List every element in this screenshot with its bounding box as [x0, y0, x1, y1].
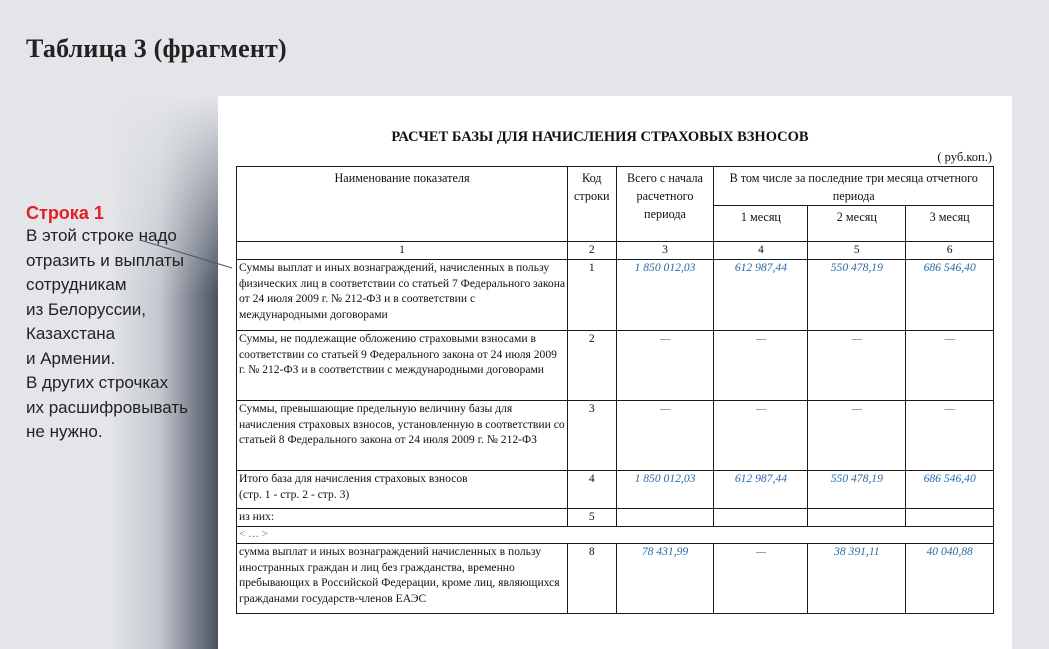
row-month-2: —: [808, 331, 906, 401]
column-number: 1: [237, 242, 568, 260]
row-month-3: 686 546,40: [906, 260, 994, 331]
row-month-1: 612 987,44: [714, 471, 808, 509]
row-month-2: 38 391,11: [808, 544, 906, 614]
header-month-2: 2 месяц: [808, 206, 906, 242]
header-month-3: 3 месяц: [906, 206, 994, 242]
column-number: 6: [906, 242, 994, 260]
annotation-note: Строка 1 В этой строке надо отразить и в…: [26, 202, 226, 445]
row-code: 3: [568, 401, 616, 471]
header-month-1: 1 месяц: [714, 206, 808, 242]
row-name: сумма выплат и иных вознаграждений начис…: [237, 544, 568, 614]
omitted-rows-marker: < … >: [237, 527, 994, 544]
header-code: Код строки: [568, 167, 616, 242]
table-row: Суммы, не подлежащие обложению страховым…: [237, 331, 994, 401]
row-month-1: [714, 509, 808, 527]
column-number: 5: [808, 242, 906, 260]
row-month-2: [808, 509, 906, 527]
table-row: Суммы, превышающие предельную величину б…: [237, 401, 994, 471]
row-total: 1 850 012,03: [616, 260, 714, 331]
row-total: —: [616, 401, 714, 471]
row-name: Суммы, не подлежащие обложению страховым…: [237, 331, 568, 401]
row-total: 1 850 012,03: [616, 471, 714, 509]
header-row: Наименование показателя Код строки Всего…: [237, 167, 994, 206]
units-label: ( руб.коп.): [900, 150, 992, 165]
annotation-text: В этой строке надо отразить и выплаты со…: [26, 224, 226, 445]
table-row: Итого база для начисления страховых взно…: [237, 471, 994, 509]
row-month-2: 550 478,19: [808, 260, 906, 331]
row-total: [616, 509, 714, 527]
row-total: —: [616, 331, 714, 401]
table-row: Суммы выплат и иных вознаграждений, начи…: [237, 260, 994, 331]
row-name: из них:: [237, 509, 568, 527]
row-month-2: —: [808, 401, 906, 471]
column-number: 2: [568, 242, 616, 260]
column-number: 3: [616, 242, 714, 260]
row-name: Суммы, превышающие предельную величину б…: [237, 401, 568, 471]
row-month-3: 40 040,88: [906, 544, 994, 614]
page-title: Таблица 3 (фрагмент): [26, 34, 287, 64]
row-name: Итого база для начисления страховых взно…: [237, 471, 568, 509]
column-number: 4: [714, 242, 808, 260]
row-code: 5: [568, 509, 616, 527]
column-number-row: 1 2 3 4 5 6: [237, 242, 994, 260]
row-month-1: —: [714, 544, 808, 614]
row-month-3: [906, 509, 994, 527]
row-month-3: —: [906, 401, 994, 471]
row-month-3: 686 546,40: [906, 471, 994, 509]
row-month-1: 612 987,44: [714, 260, 808, 331]
table-row: из них: 5: [237, 509, 994, 527]
header-name: Наименование показателя: [237, 167, 568, 242]
row-code: 2: [568, 331, 616, 401]
row-total: 78 431,99: [616, 544, 714, 614]
document-title: РАСЧЕТ БАЗЫ ДЛЯ НАЧИСЛЕНИЯ СТРАХОВЫХ ВЗН…: [218, 129, 982, 146]
row-name: Суммы выплат и иных вознаграждений, начи…: [237, 260, 568, 331]
row-month-2: 550 478,19: [808, 471, 906, 509]
row-month-3: —: [906, 331, 994, 401]
row-month-1: —: [714, 401, 808, 471]
row-code: 4: [568, 471, 616, 509]
annotation-title: Строка 1: [26, 202, 226, 224]
header-last-three-months: В том числе за последние три месяца отче…: [714, 167, 994, 206]
header-total: Всего с начала расчетного периода: [616, 167, 714, 242]
omitted-rows: < … >: [237, 527, 994, 544]
insurance-base-table: Наименование показателя Код строки Всего…: [236, 166, 994, 614]
row-code: 8: [568, 544, 616, 614]
row-code: 1: [568, 260, 616, 331]
row-month-1: —: [714, 331, 808, 401]
table-row: сумма выплат и иных вознаграждений начис…: [237, 544, 994, 614]
